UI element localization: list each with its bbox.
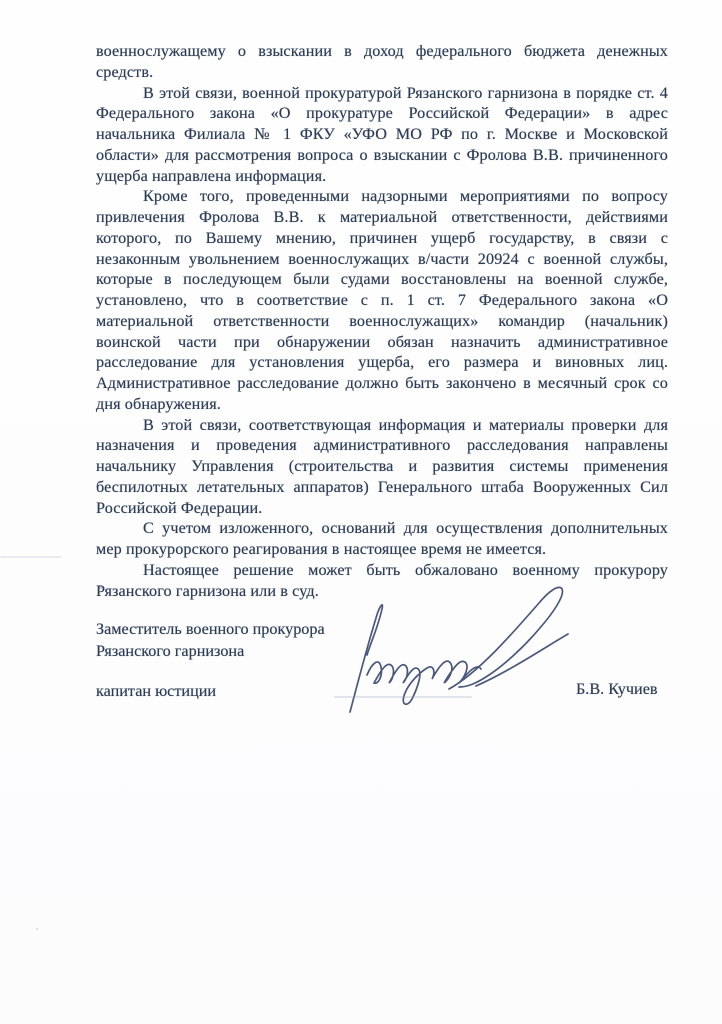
scan-streak bbox=[334, 696, 472, 698]
paragraph: В этой связи, военной прокуратурой Рязан… bbox=[96, 83, 668, 187]
paragraph: военнослужащему о взыскании в доход феде… bbox=[96, 41, 668, 83]
paragraph: Кроме того, проведенными надзорными меро… bbox=[96, 186, 668, 414]
signatory-name: Б.В. Кучиев bbox=[576, 680, 658, 699]
document-body: военнослужащему о взыскании в доход феде… bbox=[96, 41, 668, 601]
signature-position-line1: Заместитель военного прокурора bbox=[96, 618, 325, 640]
paragraph: В этой связи, соответствующая информация… bbox=[96, 415, 668, 519]
signature-position-title: Заместитель военного прокурора Рязанског… bbox=[96, 618, 325, 662]
scan-streak bbox=[0, 556, 62, 558]
signature-rank: капитан юстиции bbox=[96, 682, 216, 701]
scanned-document-page: военнослужащему о взыскании в доход феде… bbox=[0, 0, 722, 1024]
scan-speck bbox=[36, 928, 38, 930]
signature-position-line2: Рязанского гарнизона bbox=[96, 640, 325, 662]
paragraph: С учетом изложенного, оснований для осущ… bbox=[96, 518, 668, 560]
scan-speck bbox=[99, 586, 103, 589]
handwritten-signature-ink bbox=[328, 576, 580, 722]
